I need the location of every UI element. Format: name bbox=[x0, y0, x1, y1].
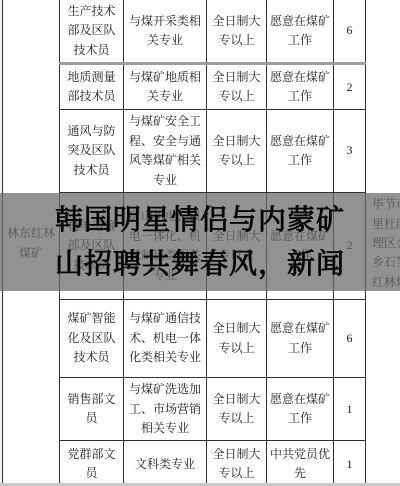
position-cell: 通风与防突及区队技术员 bbox=[60, 110, 124, 193]
table-row: 党群部文员 文科类专业 全日制大专以上 中共党员优先 1 bbox=[3, 441, 400, 486]
position-cell: 煤矿智能化及区队技术员 bbox=[60, 300, 124, 378]
requirement-cell: 愿意在煤矿工作 bbox=[267, 110, 334, 193]
position-cell: 地质测量部技术员 bbox=[60, 64, 124, 110]
education-cell: 全日制大专以上 bbox=[207, 64, 267, 110]
requirement-cell: 愿意在煤矿工作 bbox=[267, 64, 334, 110]
position-cell: 销售部文员 bbox=[60, 378, 124, 441]
count-cell: 1 bbox=[334, 378, 366, 441]
requirement-cell: 中共党员优先 bbox=[267, 441, 334, 486]
major-cell: 文科类专业 bbox=[124, 441, 207, 486]
count-cell: 6 bbox=[334, 300, 366, 378]
table-row: 林东红林煤矿 生产技术部及区队技术员 与煤开采类相关专业 全日制大专以上 愿意在… bbox=[3, 0, 400, 64]
education-cell: 全日制大专以上 bbox=[207, 110, 267, 193]
position-cell: 生产技术部及区队技术员 bbox=[60, 0, 124, 64]
count-cell: 6 bbox=[334, 0, 366, 64]
major-cell: 与煤矿地质相关专业 bbox=[124, 64, 207, 110]
education-cell: 全日制大专以上 bbox=[207, 300, 267, 378]
education-cell: 全日制大专以上 bbox=[207, 0, 267, 64]
table-row: 地质测量部技术员 与煤矿地质相关专业 全日制大专以上 愿意在煤矿工作 2 bbox=[3, 64, 400, 110]
position-cell: 党群部文员 bbox=[60, 441, 124, 486]
major-cell: 与煤矿通信技术、机电一体化类相关专业 bbox=[124, 300, 207, 378]
headline-line-1: 韩国明星情侣与内蒙矿 bbox=[55, 199, 345, 241]
count-cell: 2 bbox=[334, 64, 366, 110]
headline-overlay: 韩国明星情侣与内蒙矿 山招聘共舞春风，新闻 bbox=[0, 193, 400, 291]
requirement-cell: 愿意在煤矿工作 bbox=[267, 0, 334, 64]
major-cell: 与煤矿洗选加工、市场营销相关专业 bbox=[124, 378, 207, 441]
education-cell: 全日制大专以上 bbox=[207, 441, 267, 486]
headline-line-2: 山招聘共舞春风，新闻 bbox=[55, 243, 345, 285]
major-cell: 与煤开采类相关专业 bbox=[124, 0, 207, 64]
major-cell: 与煤矿安全工程、安全与通风等煤矿相关专业 bbox=[124, 110, 207, 193]
requirement-cell: 愿意在煤矿工作 bbox=[267, 378, 334, 441]
table-row: 通风与防突及区队技术员 与煤矿安全工程、安全与通风等煤矿相关专业 全日制大专以上… bbox=[3, 110, 400, 193]
requirement-cell: 愿意在煤矿工作 bbox=[267, 300, 334, 378]
count-cell: 1 bbox=[334, 441, 366, 486]
education-cell: 全日制大专以上 bbox=[207, 378, 267, 441]
count-cell: 3 bbox=[334, 110, 366, 193]
table-row: 煤矿智能化及区队技术员 与煤矿通信技术、机电一体化类相关专业 全日制大专以上 愿… bbox=[3, 300, 400, 378]
table-row: 销售部文员 与煤矿洗选加工、市场营销相关专业 全日制大专以上 愿意在煤矿工作 1 bbox=[3, 378, 400, 441]
